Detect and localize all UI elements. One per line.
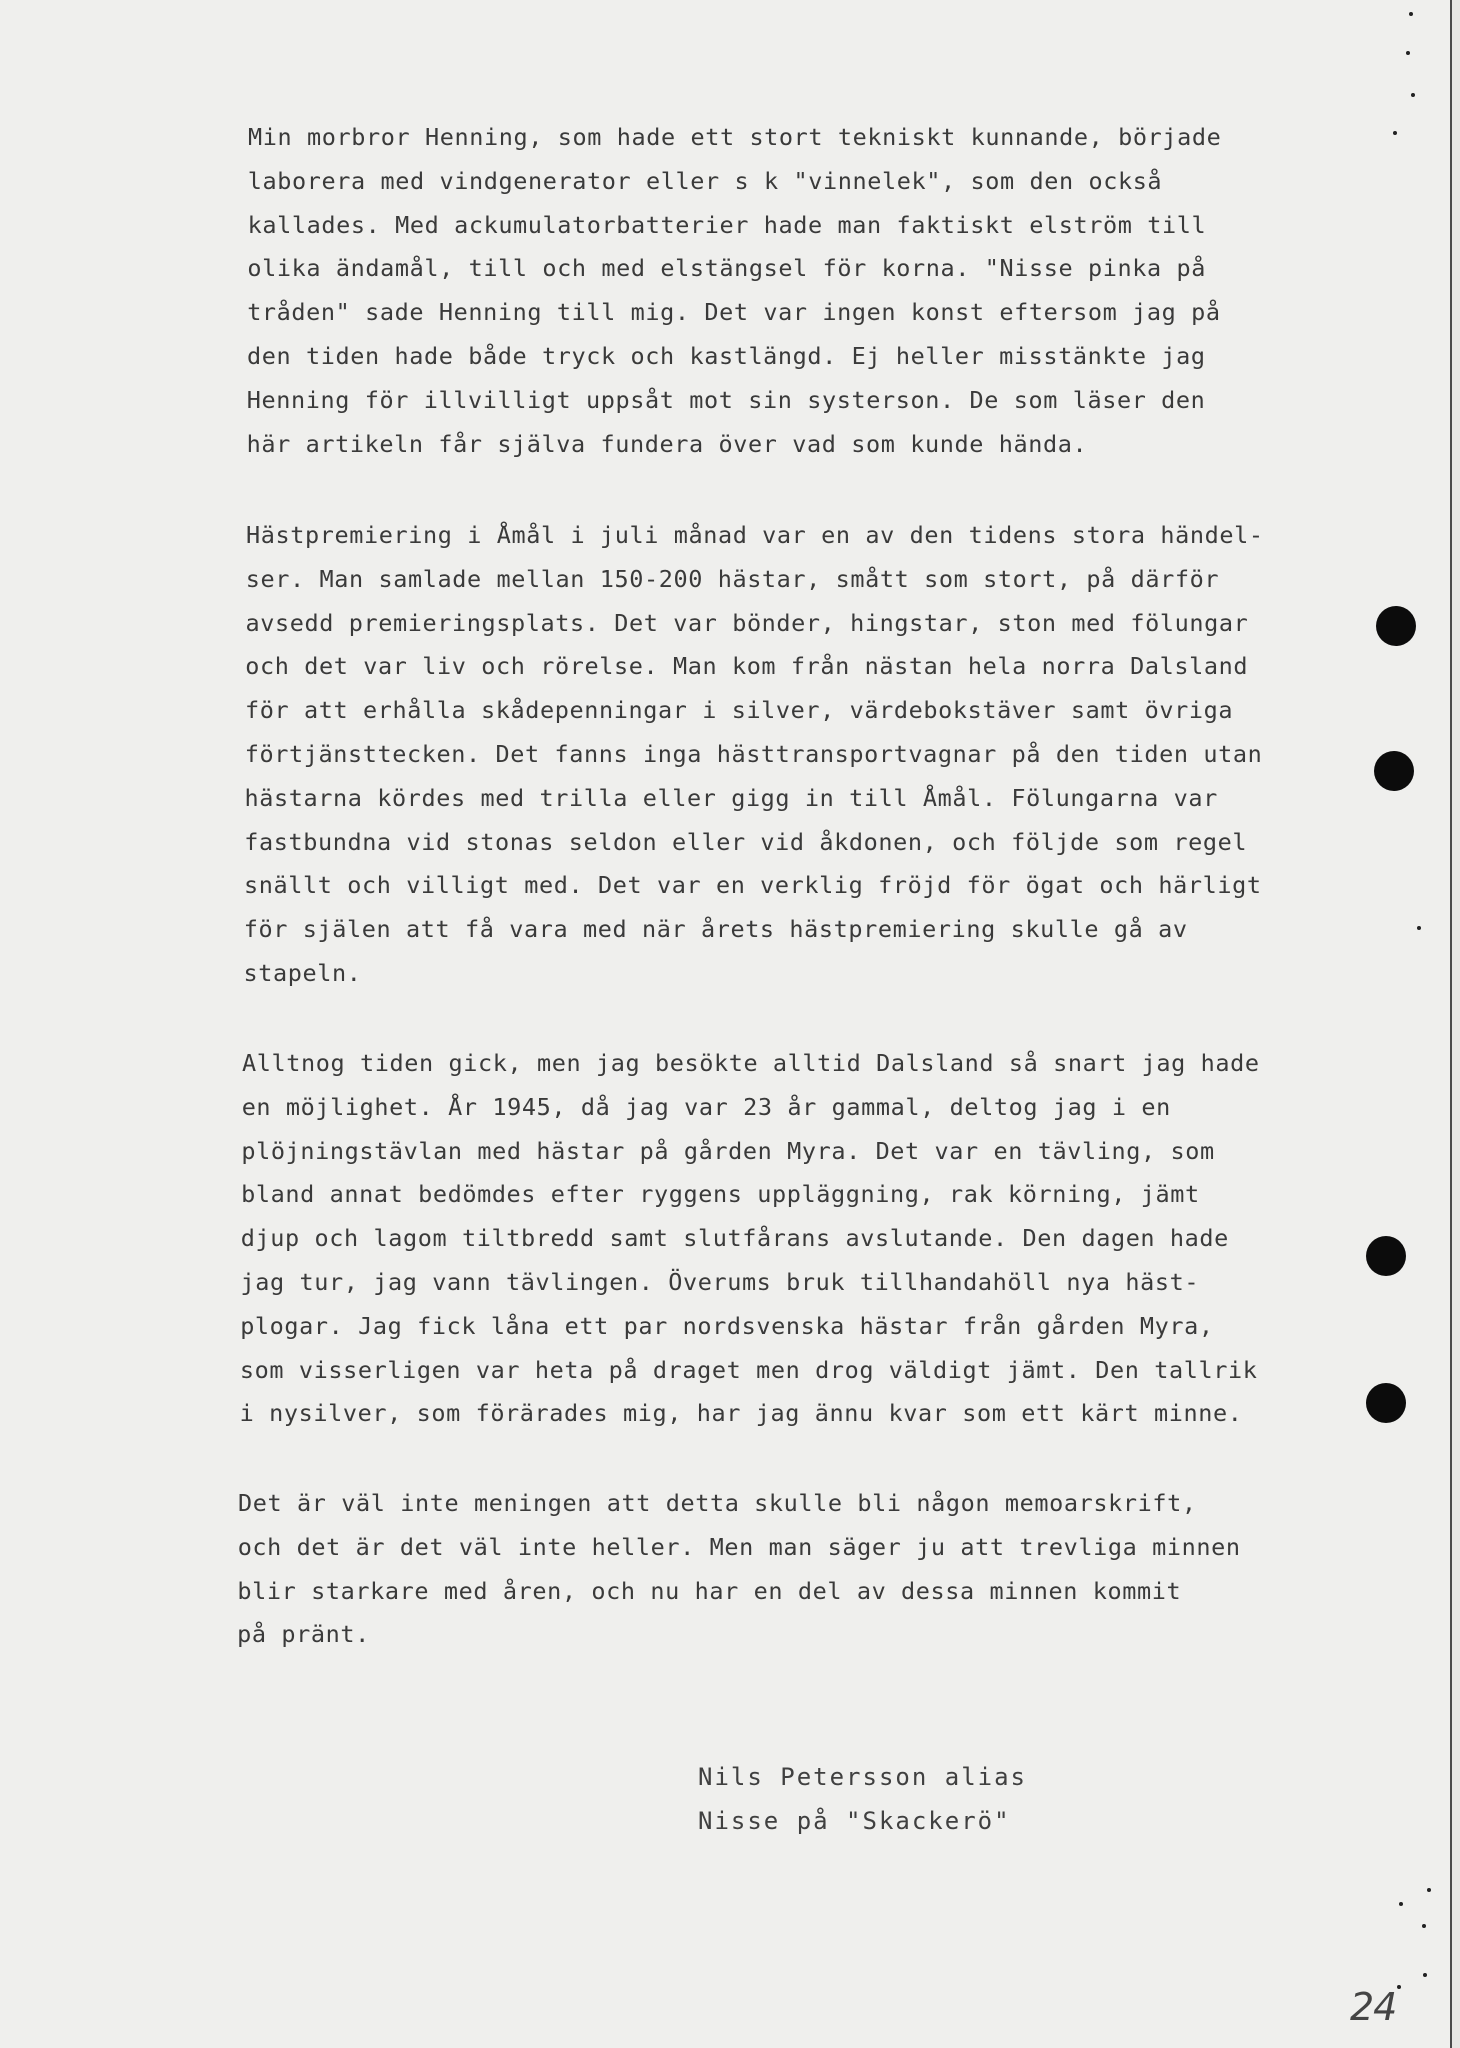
text-line: på pränt. (237, 1619, 370, 1649)
speck-icon (1422, 1924, 1426, 1928)
text-line: stapeln. (244, 958, 362, 988)
text-line: plöjningstävlan med hästar på gården Myr… (241, 1136, 1214, 1166)
binder-hole-icon (1374, 751, 1414, 791)
text-line: snällt och villigt med. Det var en verkl… (244, 870, 1262, 900)
binder-hole-icon (1376, 606, 1416, 646)
text-line: förtjänsttecken. Det fanns inga hästtran… (245, 739, 1263, 769)
page-number: 24 (1350, 1985, 1396, 2029)
text-line: en möjlighet. År 1945, då jag var 23 år … (242, 1092, 1171, 1122)
speck-icon (1417, 926, 1421, 930)
text-line: kallades. Med ackumulatorbatterier hade … (248, 210, 1207, 240)
speck-icon (1409, 12, 1413, 16)
text-line: tråden" sade Henning till mig. Det var i… (247, 297, 1220, 327)
text-line: fastbundna vid stonas seldon eller vid å… (244, 827, 1247, 857)
text-line: Min morbror Henning, som hade ett stort … (248, 122, 1221, 152)
speck-icon (1406, 51, 1410, 55)
text-line: och det var liv och rörelse. Man kom frå… (245, 651, 1248, 681)
text-line: Det är väl inte meningen att detta skull… (238, 1488, 1197, 1518)
binder-hole-icon (1366, 1383, 1406, 1423)
text-line: Hästpremiering i Åmål i juli månad var e… (246, 520, 1264, 550)
text-line: som visserligen var heta på draget men d… (240, 1355, 1258, 1385)
text-line: den tiden hade både tryck och kastlängd.… (247, 341, 1206, 371)
text-line: för själen att få vara med när årets häs… (244, 914, 1188, 944)
text-line: Henning för illvilligt uppsåt mot sin sy… (247, 385, 1206, 415)
text-line: ser. Man samlade mellan 150-200 hästar, … (246, 564, 1219, 594)
speck-icon (1393, 131, 1397, 135)
page-edge (1452, 0, 1460, 2048)
text-line: bland annat bedömdes efter ryggens upplä… (241, 1179, 1200, 1209)
binder-hole-icon (1366, 1236, 1406, 1276)
text-line: olika ändamål, till och med elstängsel f… (247, 253, 1206, 283)
text-line: laborera med vindgenerator eller s k "vi… (248, 166, 1162, 196)
text-line: jag tur, jag vann tävlingen. Överums bru… (241, 1267, 1200, 1297)
text-line: och det är det väl inte heller. Men man … (238, 1532, 1241, 1562)
text-line: plogar. Jag fick låna ett par nordsvensk… (240, 1311, 1213, 1341)
speck-icon (1423, 1973, 1427, 1977)
speck-icon (1411, 93, 1415, 97)
text-line: hästarna kördes med trilla eller gigg in… (245, 783, 1218, 813)
speck-icon (1427, 1888, 1431, 1892)
text-line: blir starkare med åren, och nu har en de… (237, 1576, 1181, 1606)
text-line: djup och lagom tiltbredd samt slutfårans… (241, 1223, 1229, 1253)
speck-icon (1399, 1902, 1403, 1906)
text-line: i nysilver, som förärades mig, har jag ä… (240, 1398, 1243, 1428)
speck-icon (1397, 1985, 1401, 1989)
signature-line: Nisse på "Skackerö" (698, 1806, 1011, 1836)
text-line: för att erhålla skådepenningar i silver,… (245, 695, 1233, 725)
text-line: här artikeln får själva fundera över vad… (247, 429, 1088, 459)
text-line: Alltnog tiden gick, men jag besökte allt… (242, 1048, 1260, 1078)
text-line: avsedd premieringsplats. Det var bönder,… (246, 608, 1249, 638)
signature-line: Nils Petersson alias (698, 1762, 1027, 1792)
document-page: Min morbror Henning, som hade ett stort … (0, 0, 1452, 2048)
